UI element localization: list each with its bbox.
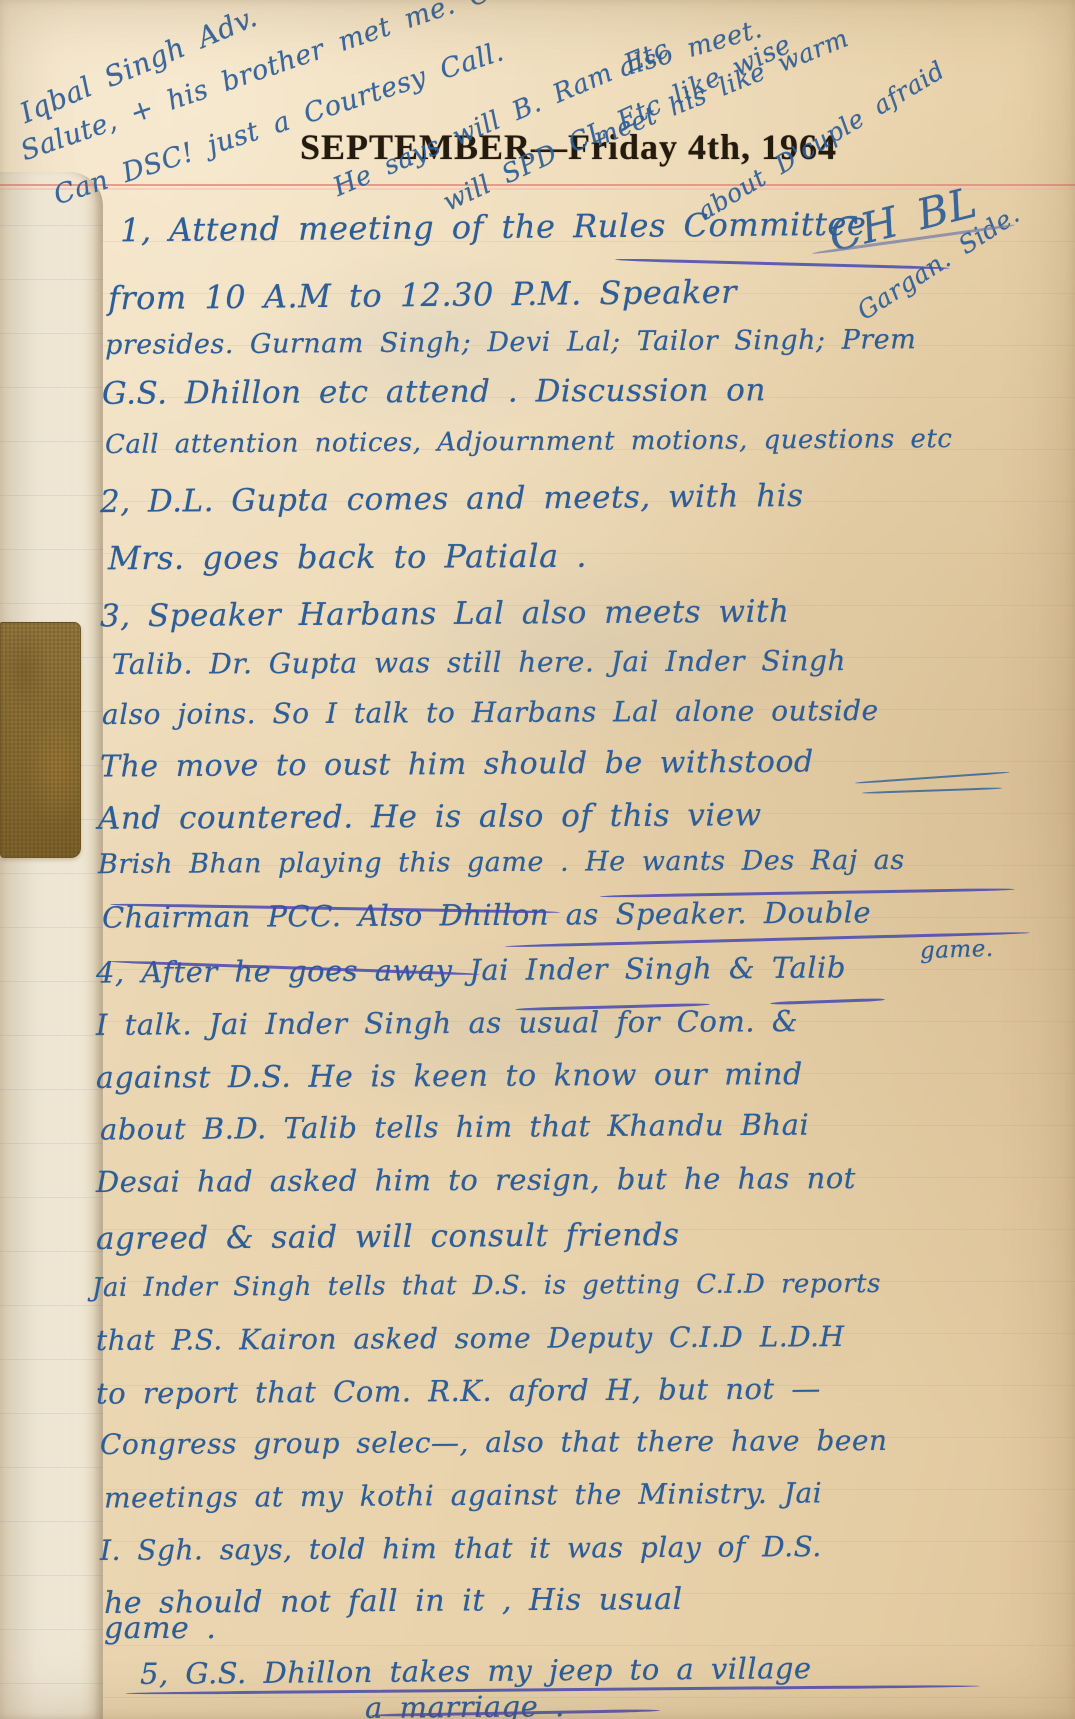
underline-mark — [855, 771, 1010, 784]
handwritten-line: against D.S. He is keen to know our mind — [96, 1058, 803, 1095]
handwritten-line: 2, D.L. Gupta comes and meets, with his — [100, 479, 804, 519]
handwritten-line: that P.S. Kairon asked some Deputy C.I.D… — [96, 1322, 845, 1357]
handwritten-line: from 10 A.M to 12.30 P.M. Speaker — [108, 275, 737, 317]
handwritten-line: also joins. So I talk to Harbans Lal alo… — [102, 696, 879, 731]
handwritten-line: agreed & said will consult friends — [96, 1218, 680, 1256]
under-page-edge — [0, 172, 103, 1719]
handwritten-line: Brish Bhan playing this game . He wants … — [98, 846, 905, 880]
diary-page: SEPTEMBER—Friday 4th, 1964 Iqbal Singh A… — [0, 0, 1075, 1719]
handwritten-line: 3, Speaker Harbans Lal also meets with — [100, 595, 790, 634]
cloth-patch — [0, 622, 81, 858]
handwritten-line: Congress group selec—, also that there h… — [100, 1426, 888, 1461]
handwritten-line: meetings at my kothi against the Ministr… — [104, 1478, 822, 1514]
handwritten-line: Mrs. goes back to Patiala . — [108, 539, 587, 577]
handwritten-line: 1, Attend meeting of the Rules Committee — [120, 207, 867, 249]
underline-mark — [615, 258, 950, 270]
handwritten-line: I talk. Jai Inder Singh as usual for Com… — [96, 1006, 798, 1042]
handwritten-line: to report that Com. R.K. aford H, but no… — [96, 1373, 821, 1410]
handwritten-line: Desai had asked him to resign, but he ha… — [96, 1163, 856, 1199]
ruled-line — [0, 184, 1075, 186]
handwritten-line: And countered. He is also of this view — [98, 798, 762, 836]
underline-mark — [770, 998, 885, 1005]
handwritten-line: presides. Gurnam Singh; Devi Lal; Tailor… — [105, 325, 917, 360]
handwritten-line: game. — [920, 937, 995, 965]
handwritten-line: The move to oust him should be withstood — [100, 746, 814, 784]
handwritten-line: I. Sgh. says, told him that it was play … — [100, 1532, 822, 1567]
handwritten-line: 4, After he goes away Jai Inder Singh & … — [96, 952, 846, 989]
handwritten-line: Chairman PCC. Also Dhillon as Speaker. D… — [102, 897, 871, 934]
handwritten-line: game . — [104, 1612, 216, 1645]
handwritten-line: G.S. Dhillon etc attend . Discussion on — [102, 373, 766, 411]
handwritten-line: 5, G.S. Dhillon takes my jeep to a villa… — [140, 1653, 812, 1691]
handwritten-line: Jai Inder Singh tells that D.S. is getti… — [92, 1270, 881, 1303]
handwritten-line: Talib. Dr. Gupta was still here. Jai Ind… — [112, 646, 846, 681]
underline-mark — [862, 787, 1002, 794]
handwritten-line: about B.D. Talib tells him that Khandu B… — [100, 1110, 809, 1147]
handwritten-line: Call attention notices, Adjournment moti… — [105, 425, 953, 460]
